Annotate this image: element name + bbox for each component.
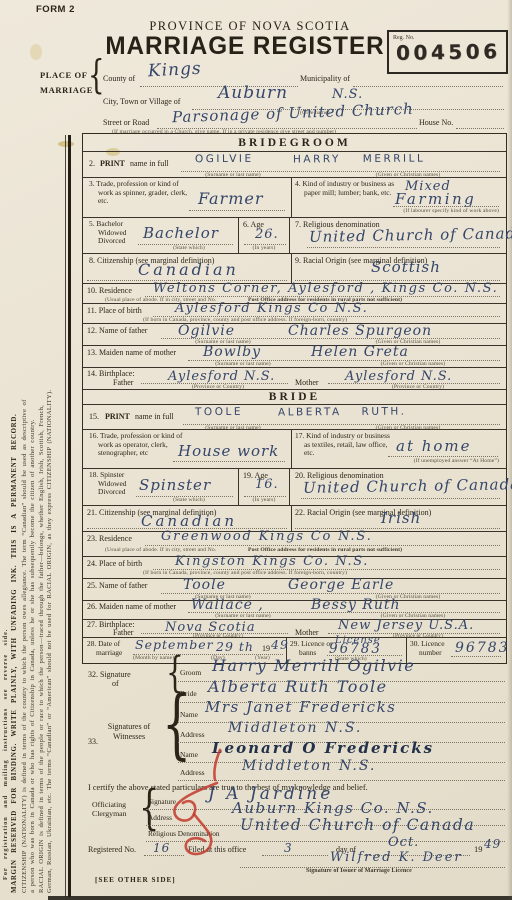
- surname-caption: (Surname or last name): [188, 613, 298, 619]
- groom-residence-value: Weltons Corner, Aylesford , Kings Co. N.…: [153, 282, 498, 295]
- groom-racial-origin-value: Scottish: [371, 260, 441, 275]
- bride-marital-status-value: Spinster: [139, 478, 211, 493]
- filed-day-value: 3: [284, 842, 293, 854]
- place-of-marriage-label: PLACE OF: [40, 71, 88, 80]
- dotted-line: [262, 854, 328, 856]
- city-province-value: N.S.: [332, 88, 363, 101]
- dotted-line: [353, 85, 503, 87]
- margin-note-citizenship-2: a person who was born in Canada or who h…: [29, 419, 36, 893]
- given-names-caption: (Given or Christian names): [348, 361, 478, 367]
- bride-mother-birthplace: New Jersey U.S.A.: [338, 619, 474, 632]
- bridegroom-section-header: BRIDEGROOM: [83, 137, 506, 149]
- q17-label: 17. Kind of industry or business as text…: [295, 432, 392, 458]
- q33-label: Signatures of Witnesses: [102, 722, 156, 741]
- bride-mother-given: Bessy Ruth: [311, 598, 401, 612]
- dotted-line: [456, 127, 504, 129]
- officiating-label: Officiating: [92, 800, 126, 809]
- q2-label-print: PRINT: [100, 159, 125, 168]
- q24-caption: (If born in Canada, province, county and…: [143, 570, 347, 576]
- q15-label: name in full: [135, 412, 174, 421]
- witness1-name: Mrs Janet Fredericks: [205, 700, 396, 715]
- bride-father-given: George Earle: [288, 578, 394, 592]
- q26-label: 26. Maiden name of mother: [87, 602, 176, 611]
- q13-label: 13. Maiden name of mother: [87, 348, 176, 357]
- q2-label: name in full: [130, 159, 169, 168]
- dotted-line: [301, 497, 500, 499]
- q23-label: 23. Residence: [87, 534, 132, 543]
- bride-residence-value: Greenwood Kings Co N.S.: [161, 530, 373, 543]
- issuer-caption: Signature of Issuer of Marriage Licence: [306, 868, 412, 874]
- surname-caption: (Surname or last name): [188, 361, 298, 367]
- issuer-signature: Wilfred K. Deer: [330, 851, 463, 864]
- groom-mother-surname: Bowlby: [203, 345, 261, 359]
- q3-label: 3. Trade, profession or kind of work as …: [89, 180, 193, 206]
- bride-trade-value: House work: [178, 444, 279, 459]
- q32-label: 32. Signature: [88, 670, 131, 679]
- groom-signature-label: Groom: [180, 668, 201, 677]
- q33-number: 33.: [88, 737, 98, 746]
- binding-rule-thick: [68, 135, 71, 897]
- province-caption: (Province or Country): [363, 384, 473, 390]
- bride-denomination-value: United Church of Canada: [303, 477, 512, 496]
- bride-age-value: 16.: [255, 478, 279, 491]
- street-label: Street or Road: [103, 118, 149, 127]
- bride-racial-origin-value: Irish: [381, 511, 421, 526]
- witness2-name: Leonard O Fredericks: [212, 741, 434, 756]
- municipality-label: Municipality of: [300, 74, 350, 83]
- bride-industry-value: at home: [396, 439, 472, 454]
- margin-note-citizenship-1: CITIZENSHIP (NATIONALITY) is defined in …: [21, 399, 28, 893]
- surname-caption: (Surname or last name): [178, 172, 288, 178]
- dotted-line: [393, 205, 499, 207]
- witness2-address: Middleton N.S.: [242, 759, 376, 773]
- bride-section-header: BRIDE: [83, 391, 506, 403]
- scan-edge-bottom: [48, 896, 512, 900]
- dotted-line: [189, 209, 285, 211]
- dotted-line: [173, 460, 285, 462]
- paper-stain: [58, 141, 74, 147]
- bride-surname-value: TOOLE: [195, 406, 243, 418]
- marriage-day-value: 29 th: [216, 641, 254, 654]
- groom-trade-value: Farmer: [198, 191, 264, 207]
- dotted-line: [307, 246, 500, 248]
- q15-label-print: PRINT: [105, 412, 130, 421]
- paper-stain: [30, 44, 42, 60]
- groom-given-names-value: HARRY MERRILL: [293, 153, 425, 166]
- groom-father-given: Charles Spurgeon: [288, 324, 432, 338]
- groom-signature: Harry Merrill Ogilvie: [212, 658, 415, 674]
- reg-number-stamp: 004506: [396, 39, 501, 65]
- groom-surname-value: OGILVIE: [195, 153, 254, 165]
- q19-caption: (In years): [240, 497, 288, 503]
- q14-father-label: Father: [113, 378, 133, 387]
- witness1-address: Middleton N.S.: [228, 721, 362, 735]
- q2-number: 2.: [89, 159, 95, 168]
- place-of-marriage-label-2: MARRIAGE: [40, 86, 93, 95]
- filed-year-value: 49: [484, 838, 501, 850]
- bride-signature: Alberta Ruth Toole: [208, 679, 388, 695]
- red-pen-mark: [165, 748, 240, 860]
- q23-caption-b: Post Office address for residents in rur…: [248, 547, 402, 553]
- q17-caption: (If unemployed answer “At Home”): [333, 458, 499, 464]
- city-label: City, Town or Village of: [103, 97, 180, 106]
- registered-no-label: Registered No.: [88, 845, 136, 854]
- binding-rule-thin: [65, 135, 66, 897]
- q4-label: 4. Kind of industry or business as paper…: [295, 180, 404, 197]
- page-title: MARRIAGE REGISTER: [100, 32, 391, 61]
- margin-note-racial-origin-1: RACIAL ORIGIN is defined in terms of the…: [38, 405, 45, 893]
- groom-birthplace-value: Aylesford Kings Co N.S.: [175, 302, 368, 315]
- groom-father-surname: Ogilvie: [178, 324, 235, 338]
- q14-mother-label: Mother: [295, 378, 319, 387]
- q12-label: 12. Name of father: [87, 326, 147, 335]
- see-other-side-label: [SEE OTHER SIDE]: [95, 876, 176, 885]
- q5-label: 5. Bachelor Widowed Divorced: [89, 220, 144, 246]
- margin-note-mailing: For registration and mailing instruction…: [2, 629, 9, 880]
- given-names-caption: (Given or Christian names): [338, 172, 478, 178]
- house-no-label: House No.: [419, 118, 453, 127]
- marriage-register-document: For registration and mailing instruction…: [0, 0, 512, 900]
- q32-label-of: of: [112, 679, 119, 688]
- q18-label: 18. Spinster Widowed Divorced: [89, 471, 144, 497]
- q6-caption: (In years): [240, 245, 288, 251]
- surname-caption: (Surname or last name): [178, 425, 288, 431]
- q18-caption: (State which): [145, 497, 233, 503]
- q23-caption-a: (Usual place of abode. If in city, stree…: [105, 547, 216, 553]
- dotted-line: [388, 455, 498, 457]
- clergyman-denomination: United Church of Canada: [240, 818, 475, 834]
- bride-father-surname: Toole: [183, 578, 226, 592]
- street-value: Parsonage of United Church: [172, 102, 414, 125]
- groom-denomination-value: United Church of Canada: [309, 226, 512, 245]
- province-caption: (Province or Country): [163, 384, 273, 390]
- filed-month-value: Oct.: [388, 836, 419, 849]
- dotted-line: [451, 655, 501, 657]
- q10-label: 10. Residence: [87, 286, 132, 295]
- filed-year-printed: 19: [474, 845, 483, 854]
- bride-birthplace-value: Kingston Kings Co. N.S.: [175, 555, 369, 568]
- q11-label: 11. Place of birth: [87, 306, 142, 315]
- groom-citizenship-value: Canadian: [138, 262, 239, 278]
- county-label: County of: [103, 74, 135, 83]
- q27-mother-label: Mother: [295, 628, 319, 637]
- groom-mother-given: Helen Greta: [311, 345, 409, 359]
- q24-label: 24. Place of birth: [87, 559, 142, 568]
- form-number: FORM 2: [36, 5, 75, 14]
- county-value: Kings: [148, 61, 203, 81]
- bride-mother-surname: Wallace ,: [191, 598, 264, 612]
- q5-caption: (State which): [145, 245, 233, 251]
- marriage-year-value: 49: [271, 639, 289, 652]
- form-box: BRIDEGROOM 2. PRINT name in full OGILVIE…: [82, 133, 507, 664]
- licence-number-value: 96783: [455, 641, 510, 655]
- q16-label: 16. Trade, profession or kind of work as…: [89, 432, 190, 458]
- groom-age-value: 26.: [255, 228, 279, 241]
- q14-label: 14. Birthplace:: [87, 369, 135, 378]
- scan-edge-right: [507, 0, 512, 900]
- witness1-name-label: Name: [180, 710, 198, 719]
- clergyman-label: Clergyman: [92, 809, 127, 818]
- witness1-address-label: Address: [180, 730, 205, 739]
- q15-number: 15.: [89, 412, 99, 421]
- q27-father-label: Father: [113, 628, 133, 637]
- clergyman-address: Auburn Kings Co. N.S.: [232, 801, 434, 816]
- city-value: Auburn: [218, 85, 288, 102]
- q4-caption: (If labourer specify kind of work above): [333, 208, 499, 214]
- margin-note-racial-origin-2: German, Russian, Ukrainian, etc. The ter…: [46, 390, 53, 893]
- year-printed: 19: [262, 644, 270, 653]
- registration-stamp-box: Reg. No. 004506: [387, 30, 508, 74]
- q25-label: 25. Name of father: [87, 581, 147, 590]
- groom-marital-status-value: Bachelor: [143, 226, 219, 241]
- bride-given-names-value: ALBERTA RUTH.: [278, 406, 407, 419]
- margin-note-binding: MARGIN RESERVED FOR BINDING. WRITE PLAIN…: [11, 414, 18, 893]
